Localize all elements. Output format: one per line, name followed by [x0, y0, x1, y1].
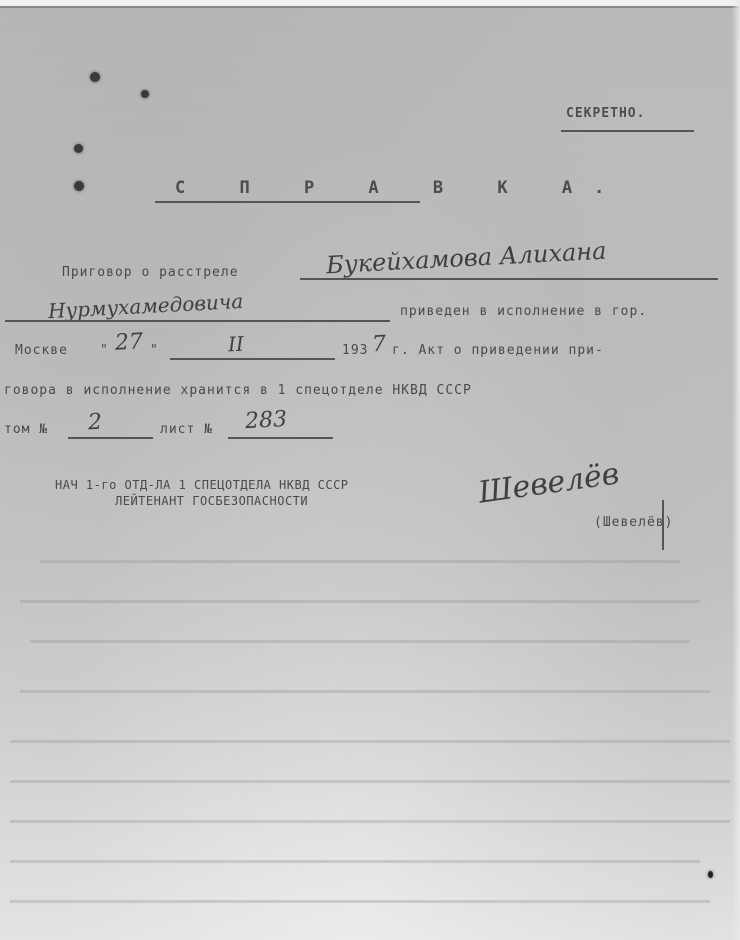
signatory-rank: ЛЕЙТЕНАНТ ГОСБЕЗОПАСНОСТИ: [115, 494, 308, 508]
punch-hole-4: [74, 181, 84, 191]
document-title: С П Р А В К А.: [175, 178, 626, 198]
bleed-through-line: [10, 740, 730, 743]
punch-hole-3: [74, 144, 83, 153]
handwritten-sheet: 283: [244, 407, 287, 434]
act-text: г. Акт о приведении при-: [392, 343, 604, 358]
speck: [708, 871, 713, 878]
classification-underline: [561, 130, 694, 132]
open-quote: ": [100, 343, 109, 358]
title-underline: [155, 201, 420, 203]
close-quote: ": [150, 343, 159, 358]
storage-text: говора в исполнение хранится в 1 спецотд…: [4, 383, 472, 398]
handwritten-volume: 2: [87, 410, 102, 436]
bleed-through-line: [20, 600, 700, 603]
city-text: Москве: [15, 343, 68, 358]
punch-hole-2: [141, 90, 149, 98]
name-underline-2: [5, 320, 390, 322]
bleed-through-line: [10, 860, 700, 863]
handwritten-day: 27: [114, 329, 143, 355]
bleed-through-line: [20, 690, 710, 693]
sheet-label: лист №: [160, 422, 213, 437]
bleed-through-line: [10, 780, 730, 783]
bleed-through-line: [30, 640, 690, 643]
page-right-edge: [732, 0, 740, 940]
sentence-prefix: Приговор о расстреле: [62, 265, 239, 280]
bleed-through-line: [10, 820, 730, 823]
scanned-document-page: СЕКРЕТНО. С П Р А В К А. Приговор о расс…: [0, 0, 740, 940]
sheet-underline: [228, 437, 333, 439]
paper-texture: [0, 0, 740, 940]
executed-text: приведен в исполнение в гор.: [400, 304, 647, 319]
month-underline: [170, 358, 335, 360]
signature-stroke: [662, 500, 664, 550]
bleed-through-line: [10, 900, 710, 903]
volume-label: том №: [4, 422, 48, 437]
bleed-through-line: [40, 560, 680, 563]
classification-stamp: СЕКРЕТНО.: [566, 106, 645, 121]
volume-underline: [68, 437, 153, 439]
page-top-edge: [0, 0, 740, 8]
signatory-position: НАЧ 1-го ОТД-ЛА 1 СПЕЦОТДЕЛА НКВД СССР: [55, 478, 349, 492]
punch-hole-1: [90, 72, 100, 82]
handwritten-month: II: [227, 332, 244, 357]
name-underline-1: [300, 278, 718, 280]
year-typed: 193: [342, 343, 368, 358]
handwritten-year-digit: 7: [371, 332, 386, 358]
